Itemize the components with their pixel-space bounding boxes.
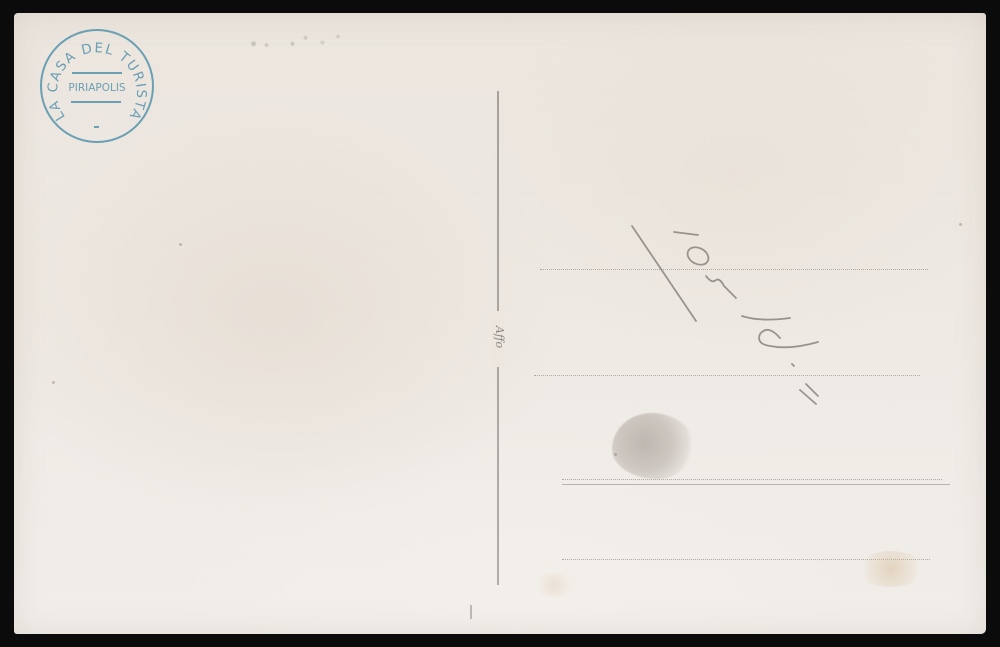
foxing-stain [856,551,926,587]
stamp-circle-icon: LA CASA DEL TURISTA PIRIAPOLIS [38,27,156,145]
ink-smudge [234,27,364,51]
stamp-center-text: PIRIAPOLIS [68,82,126,94]
divider-label: Affo [489,322,509,352]
address-line-3 [562,479,942,480]
speck [179,243,182,246]
postcard-back: LA CASA DEL TURISTA PIRIAPOLIS Affo [14,13,986,634]
scan-background: LA CASA DEL TURISTA PIRIAPOLIS Affo [0,0,1000,647]
speck [52,381,55,384]
speck [614,453,617,456]
rubber-stamp: LA CASA DEL TURISTA PIRIAPOLIS [38,27,156,145]
pencil-handwriting: 10 n 2 ,, [620,218,840,418]
divider-tick-mark [470,605,472,619]
pencil-marks-icon [620,218,840,418]
speck [959,223,962,226]
foxing-stain [534,573,574,597]
stain-spot [612,413,694,479]
